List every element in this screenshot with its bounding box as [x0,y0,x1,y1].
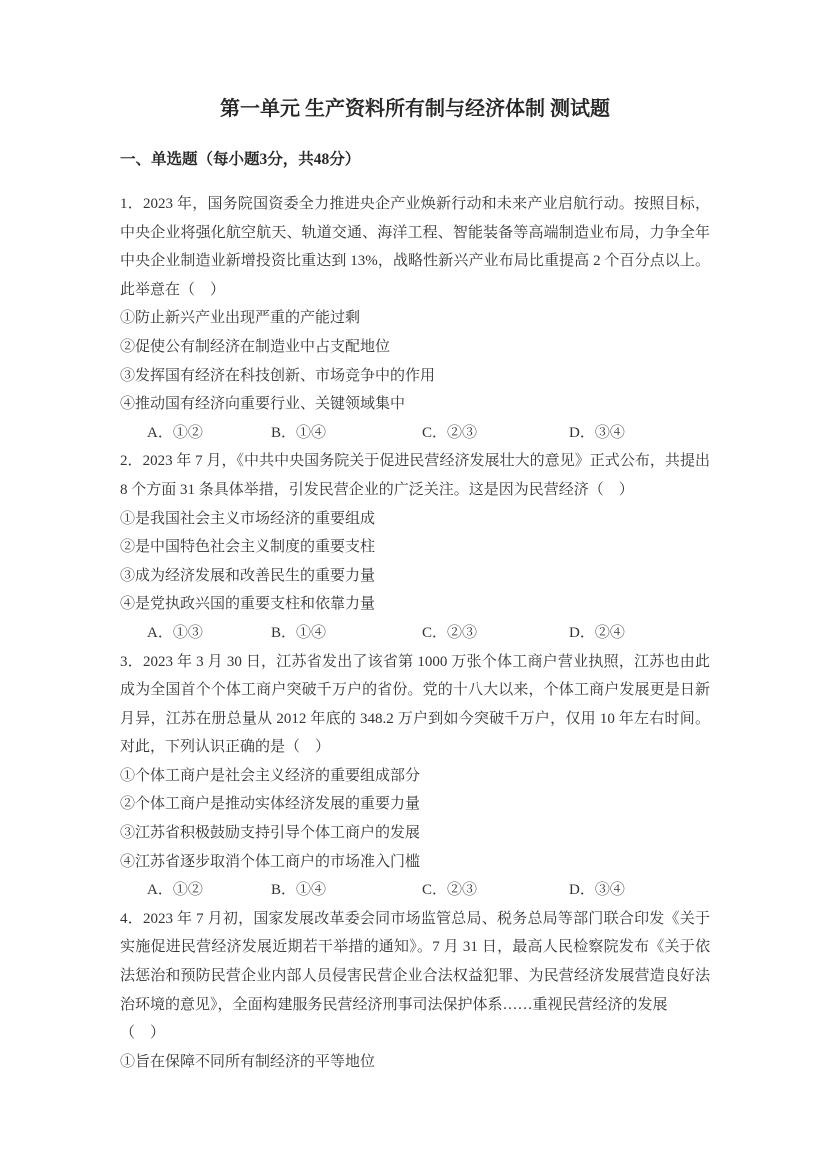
question-1-stem-text: 2023 年，国务院国资委全力推进央企产业焕新行动和未来产业启航行动。按照目标，… [120,196,710,298]
question-1-statement-3: ③发挥国有经济在科技创新、市场竞争中的作用 [120,362,710,391]
question-1-choice-b: B．①④ [271,419,422,448]
question-2-statement-3: ③成为经济发展和改善民生的重要力量 [120,562,710,591]
question-3-statement-1: ①个体工商户是社会主义经济的重要组成部分 [120,762,710,791]
question-1-choices-row: A．①② B．①④ C．②③ D．③④ [120,419,710,448]
page-title: 第一单元 生产资料所有制与经济体制 测试题 [120,96,710,122]
question-4-statement-1: ①旨在保障不同所有制经济的平等地位 [120,1048,710,1077]
question-4-stem-text: 2023 年 7 月初，国家发展改革委会同市场监管总局、税务总局等部门联合印发《… [120,911,710,1013]
question-2-statement-2: ②是中国特色社会主义制度的重要支柱 [120,533,710,562]
question-2-choice-a: A．①③ [147,619,271,648]
question-3-statement-2: ②个体工商户是推动实体经济发展的重要力量 [120,790,710,819]
question-2-choices-row: A．①③ B．①④ C．②③ D．②④ [120,619,710,648]
question-3-statement-3: ③江苏省积极鼓励支持引导个体工商户的发展 [120,819,710,848]
question-3: 3．2023 年 3 月 30 日，江苏省发出了该省第 1000 万张个体工商户… [120,648,710,905]
question-1-choice-a: A．①② [147,419,271,448]
questions-list: 1．2023 年，国务院国资委全力推进央企产业焕新行动和未来产业启航行动。按照目… [120,190,710,1076]
question-1: 1．2023 年，国务院国资委全力推进央企产业焕新行动和未来产业启航行动。按照目… [120,190,710,447]
question-1-statement-1: ①防止新兴产业出现严重的产能过剩 [120,304,710,333]
question-2-statement-1: ①是我国社会主义市场经济的重要组成 [120,505,710,534]
question-4: 4．2023 年 7 月初，国家发展改革委会同市场监管总局、税务总局等部门联合印… [120,905,710,1077]
question-2-statement-4: ④是党执政兴国的重要支柱和依靠力量 [120,590,710,619]
question-1-number: 1． [120,196,143,212]
question-3-number: 3． [120,654,143,670]
question-3-choice-b: B．①④ [271,876,422,905]
question-4-number: 4． [120,911,143,927]
question-3-choice-d: D．③④ [569,876,710,905]
question-4-paren-line: （ ） [120,1019,710,1048]
question-3-stem-text: 2023 年 3 月 30 日，江苏省发出了该省第 1000 万张个体工商户营业… [120,654,710,756]
question-1-choice-d: D．③④ [569,419,710,448]
question-2-stem: 2．2023 年 7 月，《中共中央国务院关于促进民营经济发展壮大的意见》正式公… [120,447,710,504]
question-1-choice-c: C．②③ [422,419,569,448]
document-page: 第一单元 生产资料所有制与经济体制 测试题 一、单选题（每小题3分，共48分） … [0,0,827,1169]
question-3-stem: 3．2023 年 3 月 30 日，江苏省发出了该省第 1000 万张个体工商户… [120,648,710,762]
question-1-statement-4: ④推动国有经济向重要行业、关键领域集中 [120,390,710,419]
question-3-statement-4: ④江苏省逐步取消个体工商户的市场准入门槛 [120,848,710,877]
section-heading: 一、单选题（每小题3分，共48分） [120,148,710,172]
question-2-choice-b: B．①④ [271,619,422,648]
question-1-statement-2: ②促使公有制经济在制造业中占支配地位 [120,333,710,362]
question-1-stem: 1．2023 年，国务院国资委全力推进央企产业焕新行动和未来产业启航行动。按照目… [120,190,710,304]
question-2-choice-d: D．②④ [569,619,710,648]
question-2-stem-text: 2023 年 7 月，《中共中央国务院关于促进民营经济发展壮大的意见》正式公布，… [120,453,710,498]
question-3-choice-a: A．①② [147,876,271,905]
question-3-choices-row: A．①② B．①④ C．②③ D．③④ [120,876,710,905]
question-2: 2．2023 年 7 月，《中共中央国务院关于促进民营经济发展壮大的意见》正式公… [120,447,710,647]
question-3-choice-c: C．②③ [422,876,569,905]
question-2-choice-c: C．②③ [422,619,569,648]
question-4-stem: 4．2023 年 7 月初，国家发展改革委会同市场监管总局、税务总局等部门联合印… [120,905,710,1019]
question-2-number: 2． [120,453,143,469]
